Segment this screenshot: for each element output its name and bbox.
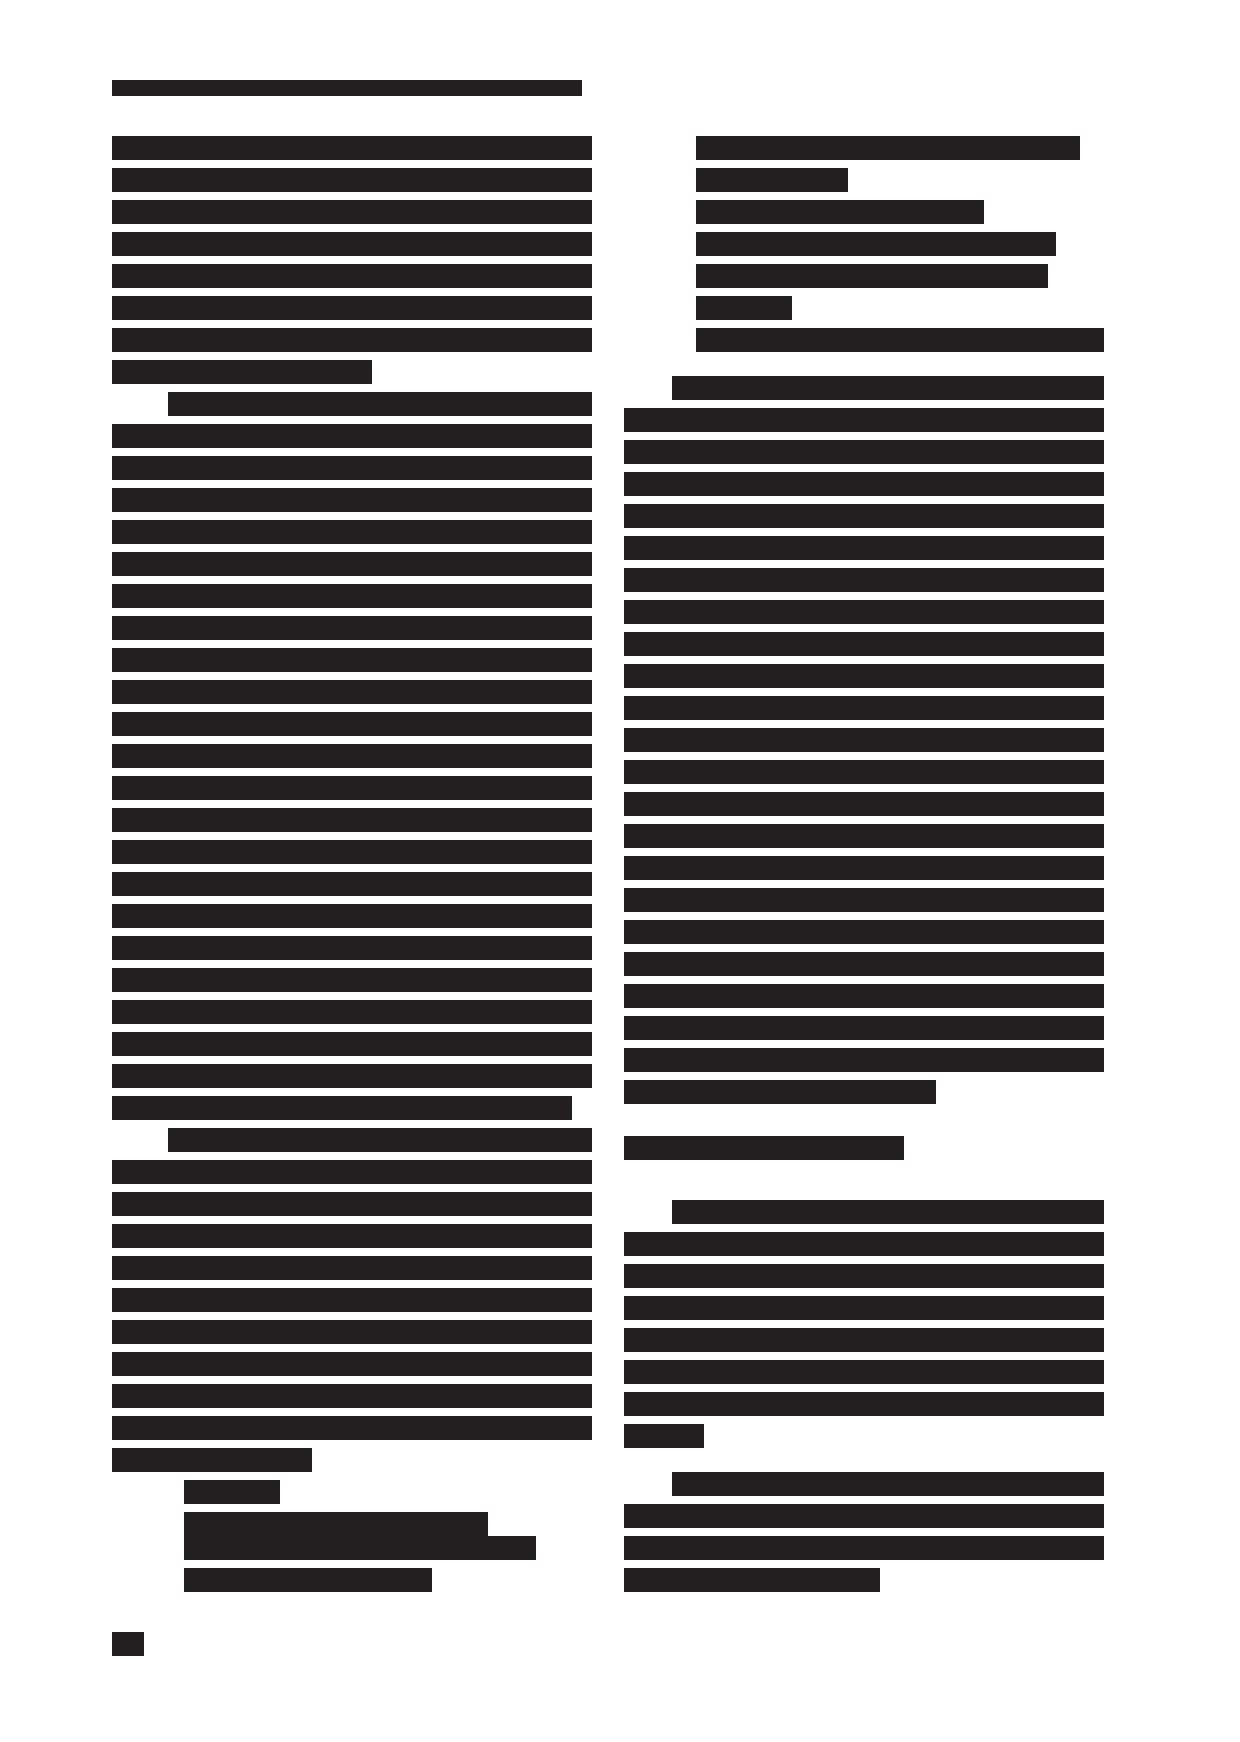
redacted-text-line bbox=[112, 424, 592, 448]
running-head-text: [redacted running head] bbox=[0, 0, 1, 1]
page-number-text: [redacted page number] bbox=[0, 0, 1, 1]
redacted-text-line bbox=[112, 456, 592, 480]
redacted-quote-line bbox=[696, 200, 984, 224]
redacted-text-line bbox=[112, 1000, 592, 1024]
redacted-text-line bbox=[168, 1128, 592, 1152]
running-head-redacted bbox=[112, 80, 582, 96]
redacted-text-line bbox=[112, 712, 592, 736]
redacted-text-line bbox=[624, 952, 1104, 976]
redacted-text-line bbox=[112, 1224, 592, 1248]
redacted-text-line bbox=[112, 1448, 312, 1472]
redacted-text-line bbox=[112, 1416, 592, 1440]
redacted-text-line bbox=[624, 728, 1104, 752]
redacted-text-line bbox=[624, 1328, 1104, 1352]
redacted-text-line bbox=[624, 1080, 936, 1104]
redacted-text-line bbox=[624, 1536, 1104, 1560]
redacted-text-line bbox=[112, 1096, 572, 1120]
redacted-text-line bbox=[624, 760, 1104, 784]
redacted-text-line bbox=[112, 808, 592, 832]
redacted-text-line bbox=[112, 168, 592, 192]
redacted-text-line bbox=[624, 1264, 1104, 1288]
redacted-text-line bbox=[624, 696, 1104, 720]
redacted-text-line bbox=[112, 1032, 592, 1056]
redacted-quote-line bbox=[696, 296, 792, 320]
redacted-text-line bbox=[112, 1192, 592, 1216]
redacted-text-line bbox=[624, 1424, 704, 1448]
redacted-text-line bbox=[112, 296, 592, 320]
redacted-text-line bbox=[112, 680, 592, 704]
redacted-text-line bbox=[112, 776, 592, 800]
redacted-text-line bbox=[624, 472, 1104, 496]
redacted-text-line bbox=[624, 1360, 1104, 1384]
redacted-text-line bbox=[624, 536, 1104, 560]
redacted-quote-line bbox=[696, 232, 1056, 256]
redacted-text-line bbox=[624, 440, 1104, 464]
redacted-quote-line bbox=[696, 168, 848, 192]
redacted-text-line bbox=[624, 1232, 1104, 1256]
redacted-text-line bbox=[112, 264, 592, 288]
redacted-text-line bbox=[112, 744, 592, 768]
page-number-redacted bbox=[112, 1632, 144, 1656]
redacted-text-line bbox=[624, 1016, 1104, 1040]
redacted-text-line bbox=[112, 1288, 592, 1312]
redacted-text-line bbox=[624, 504, 1104, 528]
redacted-text-line bbox=[624, 792, 1104, 816]
redacted-text-line bbox=[672, 1472, 1104, 1496]
redacted-text-line bbox=[112, 968, 592, 992]
redacted-text-line bbox=[112, 488, 592, 512]
redacted-text-line bbox=[672, 1200, 1104, 1224]
redacted-text-line bbox=[112, 904, 592, 928]
redacted-text-line bbox=[624, 408, 1104, 432]
redacted-text-line bbox=[112, 200, 592, 224]
redacted-text-line bbox=[184, 1568, 432, 1592]
redacted-text-line bbox=[624, 888, 1104, 912]
redacted-text-line bbox=[112, 1384, 592, 1408]
redacted-text-line bbox=[112, 648, 592, 672]
redacted-text-line bbox=[112, 584, 592, 608]
redacted-text-line bbox=[112, 520, 592, 544]
redacted-text-line bbox=[624, 1568, 880, 1592]
redacted-text-line bbox=[624, 1048, 1104, 1072]
section-heading-text: [redacted section heading] bbox=[0, 0, 1, 1]
redacted-text-line bbox=[112, 1064, 592, 1088]
redacted-text-line bbox=[672, 376, 1104, 400]
redacted-text-line bbox=[624, 856, 1104, 880]
redacted-quote-line bbox=[696, 328, 1104, 352]
redacted-text-line bbox=[624, 568, 1104, 592]
redacted-text-line bbox=[624, 920, 1104, 944]
redacted-text-line bbox=[624, 1296, 1104, 1320]
redacted-text-line bbox=[112, 136, 592, 160]
redacted-text-line bbox=[112, 872, 592, 896]
redacted-text-line bbox=[184, 1512, 488, 1536]
redacted-text-line bbox=[624, 600, 1104, 624]
redacted-text-line bbox=[624, 664, 1104, 688]
redacted-text-line bbox=[112, 232, 592, 256]
redacted-text-line bbox=[112, 1160, 592, 1184]
redacted-text-line bbox=[112, 840, 592, 864]
redacted-text-line bbox=[168, 392, 592, 416]
redacted-text-line bbox=[112, 328, 592, 352]
redacted-text-line bbox=[624, 984, 1104, 1008]
redacted-text-line bbox=[624, 1504, 1104, 1528]
redacted-text-line bbox=[184, 1536, 536, 1560]
redacted-text-line bbox=[624, 632, 1104, 656]
redacted-text-line bbox=[624, 824, 1104, 848]
redacted-text-line bbox=[112, 936, 592, 960]
document-page: [redacted running head] [redacted page n… bbox=[0, 0, 1240, 1742]
redacted-section-heading bbox=[624, 1136, 904, 1160]
redacted-text-line bbox=[112, 1352, 592, 1376]
redacted-quote-line bbox=[696, 264, 1048, 288]
redacted-text-line bbox=[112, 616, 592, 640]
redacted-text-line bbox=[624, 1392, 1104, 1416]
redacted-text-line bbox=[112, 1320, 592, 1344]
redacted-text-line bbox=[112, 552, 592, 576]
redacted-text-line bbox=[112, 360, 372, 384]
redacted-text-line bbox=[112, 1256, 592, 1280]
redacted-quote-line bbox=[696, 136, 1080, 160]
redacted-text-line bbox=[184, 1480, 280, 1504]
